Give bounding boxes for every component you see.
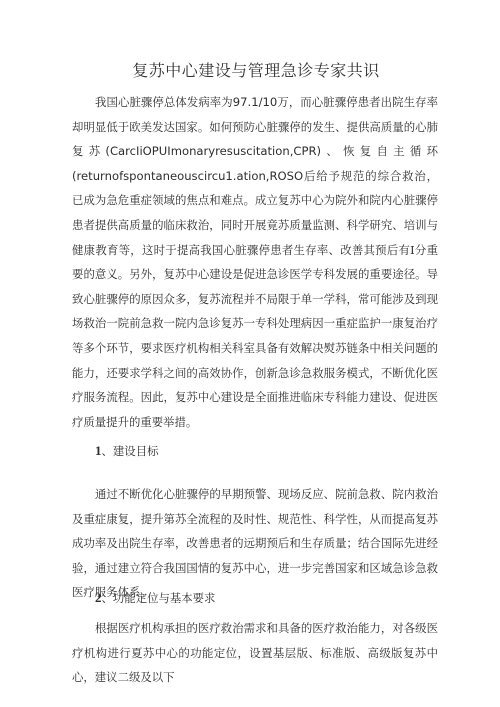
section-title: 功能定位与基本要求 [113, 591, 216, 605]
cpr-term: (CarcIiOPUImonaryresuscitation,CPR) [105, 144, 321, 158]
document-page: 复苏中心建设与管理急诊专家共识 我国心脏骤停总体发病率为97.1/10万，而心脏… [0, 0, 500, 707]
intro-text-3: 、恢复自主循环 [321, 144, 438, 158]
section-separator: 、 [102, 591, 113, 605]
section-1-paragraph: 通过不断优化心脏骤停的早期预警、现场反应、院前急救、院内救治及重症康复，提升第苏… [72, 482, 438, 605]
section-heading-1: 1、建设目标 [95, 443, 158, 459]
section-heading-2: 2、功能定位与基本要求 [95, 590, 215, 606]
section-title: 建设目标 [113, 444, 159, 458]
rosc-term: (returnofspontaneouscircu1.ation,ROSO [72, 169, 303, 183]
section-separator: 、 [102, 444, 113, 458]
intro-text-4: 后给予规范的综合救治，已成为急危重症领域的焦点和难点。成立复苏中心为院外和院内心… [72, 169, 438, 429]
section-2-text: 根据医疗机构承担的医疗救治需求和具备的医疗救治能力，对各级医疗机构进行夏苏中心的… [72, 616, 438, 690]
section-2-paragraph: 根据医疗机构承担的医疗救治需求和具备的医疗救治能力，对各级医疗机构进行夏苏中心的… [72, 616, 438, 690]
section-1-text: 通过不断优化心脏骤停的早期预警、现场反应、院前急救、院内救治及重症康复，提升第苏… [72, 482, 438, 605]
intro-text-1: 我国心脏骤停总体发病率为 [95, 95, 233, 109]
document-title: 复苏中心建设与管理急诊专家共识 [0, 58, 500, 81]
intro-paragraph: 我国心脏骤停总体发病率为97.1/10万，而心脏骤停患者出院生存率却明显低于欧美… [72, 90, 438, 434]
incidence-rate: 97.1/10 [233, 95, 277, 109]
